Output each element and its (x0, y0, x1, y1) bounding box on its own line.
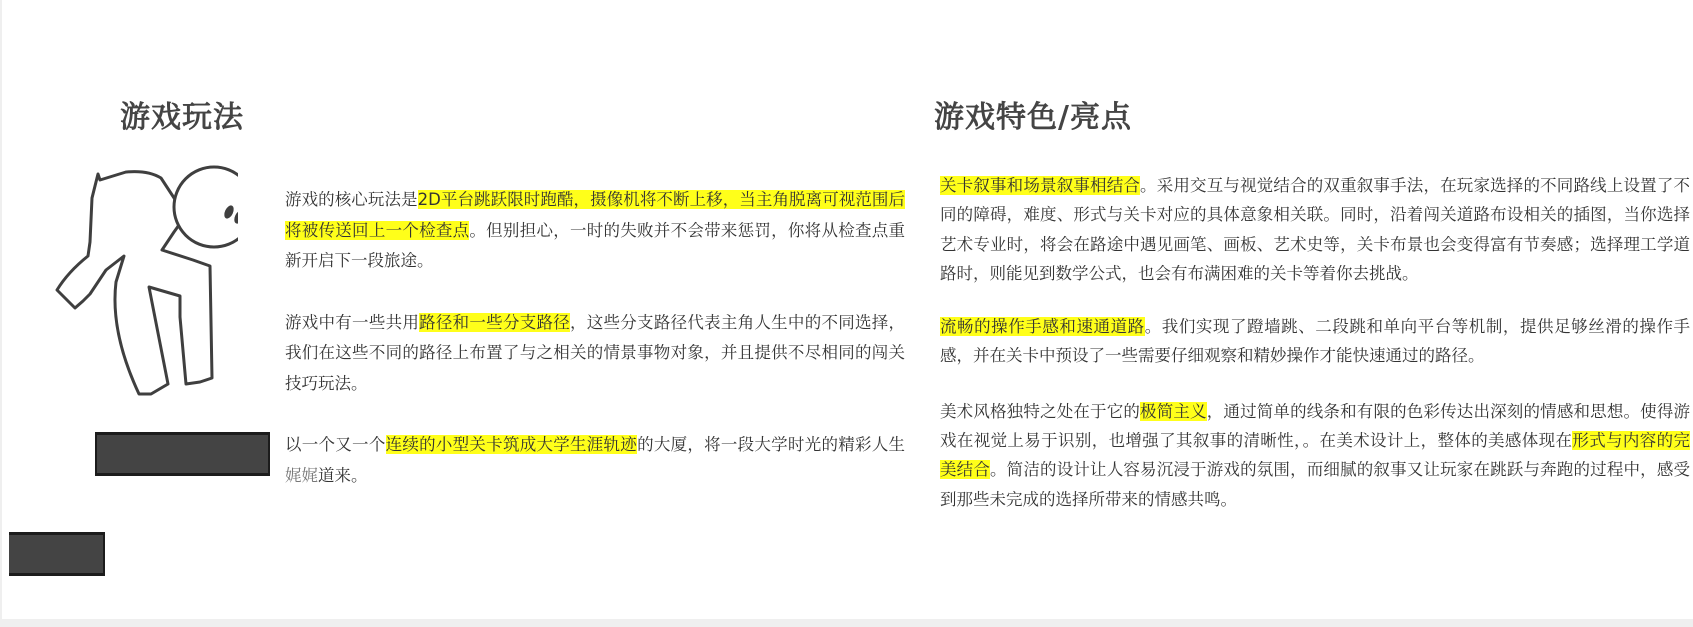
highlighted-text: 路径和一些分支路径 (419, 313, 570, 332)
features-description: 关卡叙事和场景叙事相结合。采用交互与视觉结合的双重叙事手法，在玩家选择的不同路线… (940, 171, 1690, 514)
gameplay-paragraph-2: 游戏中有一些共用路径和一些分支路径，这些分支路径代表主角人生中的不同选择，我们在… (285, 308, 905, 400)
platform-lower (9, 532, 105, 576)
gameplay-description: 游戏的核心玩法是2D平台跳跃限时跑酷，摄像机将不断上移，当主角脱离可视范围后将被… (285, 185, 905, 491)
text-segment: 以一个又一个 (285, 435, 386, 454)
gameplay-title: 游戏玩法 (120, 100, 244, 136)
gameplay-paragraph-1: 游戏的核心玩法是2D平台跳跃限时跑酷，摄像机将不断上移，当主角脱离可视范围后将被… (285, 185, 905, 277)
gameplay-paragraph-3: 以一个又一个连续的小型关卡筑成大学生涯轨迹的大厦，将一段大学时光的精彩人生娓娓道… (285, 430, 905, 491)
text-segment: 游戏的核心玩法是 (285, 190, 418, 209)
text-segment: 道来。 (318, 466, 368, 485)
highlighted-text: 关卡叙事和场景叙事相结合 (940, 176, 1140, 195)
highlighted-text: 流畅的操作手感和速通道路 (940, 317, 1145, 336)
text-segment: 的大厦，将一段大学时光的精彩人生 (637, 435, 905, 454)
features-paragraph-1: 关卡叙事和场景叙事相结合。采用交互与视觉结合的双重叙事手法，在玩家选择的不同路线… (940, 171, 1690, 288)
text-segment: 美术风格独特之处在于它的 (940, 402, 1140, 421)
highlighted-text: 连续的小型关卡筑成大学生涯轨迹 (386, 435, 637, 454)
stick-figure-jumping-icon (28, 162, 238, 432)
features-paragraph-2: 流畅的操作手感和速通道路。我们实现了蹬墙跳、二段跳和单向平台等机制，提供足够丝滑… (940, 312, 1690, 371)
highlighted-text: 极简主义 (1140, 402, 1207, 421)
text-segment: 。简洁的设计让人容易沉浸于游戏的氛围，而细腻的叙事又让玩家在跳跃与奔跑的过程中，… (940, 460, 1690, 508)
features-paragraph-3: 美术风格独特之处在于它的极简主义，通过简单的线条和有限的色彩传达出深刻的情感和思… (940, 397, 1690, 514)
features-title: 游戏特色/亮点 (934, 100, 1132, 136)
text-segment: 游戏中有一些共用 (285, 313, 419, 332)
text-segment: 娓娓 (285, 466, 318, 485)
page: 游戏玩法 游戏的核心玩法是2D平台跳跃限时跑酷，摄像机将不断上移，当主角脱离可视… (2, 0, 1693, 619)
platform-upper (95, 432, 270, 476)
